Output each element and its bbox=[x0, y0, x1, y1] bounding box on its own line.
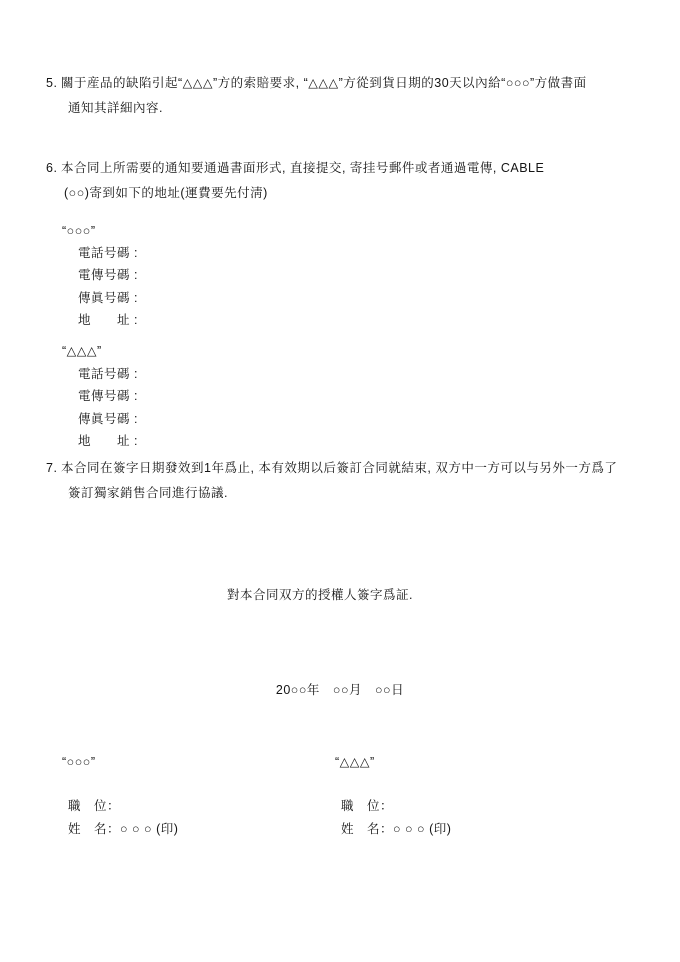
clause-5: 5. 關于産品的缺陷引起“△△△”方的索賠要求, “△△△”方從到貨日期的30天… bbox=[46, 71, 587, 121]
address-label: 地 址 : bbox=[78, 430, 138, 452]
clause-6-body: 本合同上所需要的通知要通過書面形式, 直接提交, 寄挂号郵件或者通過電傳, CA… bbox=[61, 156, 544, 206]
clause-6-line-1: 本合同上所需要的通知要通過書面形式, 直接提交, 寄挂号郵件或者通過電傳, CA… bbox=[61, 156, 544, 181]
clause-5-line-2: 通知其詳細內容. bbox=[68, 96, 587, 121]
clause-7: 7. 本合同在簽字日期發效到1年爲止, 本有效期以后簽訂合同就結束, 双方中一方… bbox=[46, 456, 617, 506]
signature-name-row: 姓 名：○ ○ ○ (印) bbox=[68, 823, 178, 836]
contact-party-1: “○○○” bbox=[62, 224, 95, 238]
address-label: 地 址 : bbox=[78, 309, 138, 331]
signature-party-name: “△△△” bbox=[335, 756, 451, 769]
contact-fields-2: 電話号碼 : 電傳号碼 : 傳眞号碼 : 地 址 : bbox=[78, 363, 138, 453]
clause-7-line-1: 本合同在簽字日期發效到1年爲止, 本有效期以后簽訂合同就結束, 双方中一方可以与… bbox=[61, 456, 617, 481]
phone-number-label: 電話号碼 : bbox=[78, 242, 138, 264]
contact-party-2: “△△△” bbox=[62, 344, 102, 358]
clause-6-line-2: (○○)寄到如下的地址(運費要先付淸) bbox=[64, 181, 544, 206]
clause-6: 6. 本合同上所需要的通知要通過書面形式, 直接提交, 寄挂号郵件或者通過電傳,… bbox=[46, 156, 544, 206]
phone-number-label: 電話号碼 : bbox=[78, 363, 138, 385]
clause-6-number: 6. bbox=[46, 156, 57, 181]
clause-7-line-2: 簽訂獨家銷售合同進行協議. bbox=[68, 481, 617, 506]
clause-7-number: 7. bbox=[46, 456, 57, 481]
signature-block-right: “△△△” 職 位： 姓 名：○ ○ ○ (印) bbox=[335, 756, 451, 836]
telex-number-label: 電傳号碼 : bbox=[78, 385, 138, 407]
signature-name-row: 姓 名：○ ○ ○ (印) bbox=[341, 823, 451, 836]
clause-5-number: 5. bbox=[46, 71, 57, 96]
clause-5-body: 關于産品的缺陷引起“△△△”方的索賠要求, “△△△”方從到貨日期的30天以內給… bbox=[61, 71, 587, 121]
clause-7-body: 本合同在簽字日期發效到1年爲止, 本有效期以后簽訂合同就結束, 双方中一方可以与… bbox=[61, 456, 617, 506]
date-line: 20○○年 ○○月 ○○日 bbox=[0, 680, 680, 698]
fax-number-label: 傳眞号碼 : bbox=[78, 408, 138, 430]
fax-number-label: 傳眞号碼 : bbox=[78, 287, 138, 309]
contact-fields-1: 電話号碼 : 電傳号碼 : 傳眞号碼 : 地 址 : bbox=[78, 242, 138, 332]
signature-title-row: 職 位： bbox=[68, 800, 178, 813]
clause-5-line-1: 關于産品的缺陷引起“△△△”方的索賠要求, “△△△”方從到貨日期的30天以內給… bbox=[61, 71, 587, 96]
signature-block-left: “○○○” 職 位： 姓 名：○ ○ ○ (印) bbox=[62, 756, 178, 836]
signature-party-name: “○○○” bbox=[62, 756, 178, 769]
contract-page: 5. 關于産品的缺陷引起“△△△”方的索賠要求, “△△△”方從到貨日期的30天… bbox=[0, 0, 680, 962]
attestation-line: 對本合同双方的授權人簽字爲証. bbox=[0, 585, 640, 603]
signature-title-row: 職 位： bbox=[341, 800, 451, 813]
telex-number-label: 電傳号碼 : bbox=[78, 264, 138, 286]
